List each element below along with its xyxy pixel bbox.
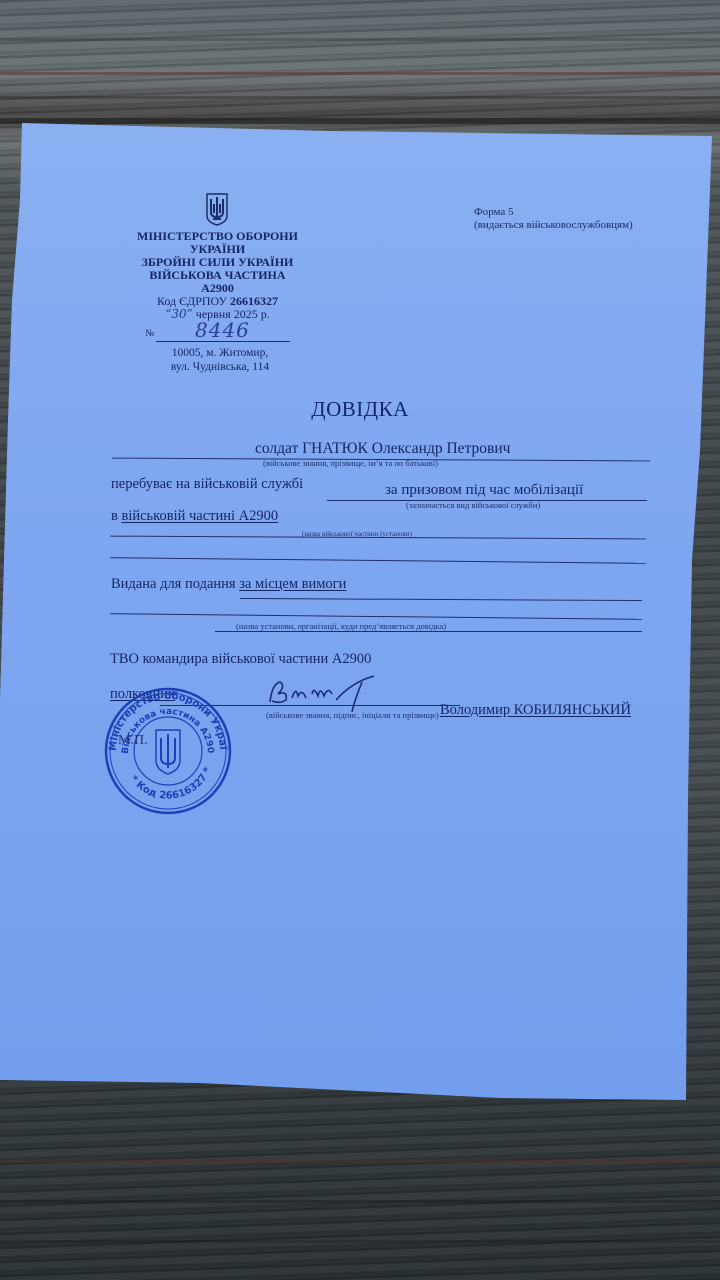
- unit-prefix: в: [111, 508, 118, 524]
- issued-underline: [240, 598, 642, 601]
- edrpou-value: 26616327: [230, 294, 278, 308]
- issued-value: за місцем вимоги: [239, 576, 346, 592]
- form-label: Форма 5: [474, 206, 633, 219]
- issuer-header: МІНІСТЕРСТВО ОБОРОНИ УКРАЇНИ ЗБРОЙНІ СИЛ…: [120, 230, 315, 321]
- issued-hint-line: [215, 631, 642, 632]
- issued-row: Видана для подання за місцем вимоги: [111, 576, 346, 593]
- document-title: ДОВІДКА: [0, 397, 720, 422]
- signatory-name: Володимир КОБИЛЯНСЬКИЙ: [440, 702, 631, 719]
- issued-label: Видана для подання: [111, 576, 236, 592]
- form-label-block: Форма 5 (видається військовослужбовцям): [474, 206, 633, 232]
- blank-line: [110, 613, 642, 620]
- person-hint: (військове звання, прізвище, ім’я та по …: [263, 458, 438, 468]
- address-line: вул. Чуднівська, 114: [140, 360, 300, 374]
- edrpou-label: Код ЄДРПОУ: [157, 294, 227, 308]
- person-value: солдат ГНАТЮК Олександр Петрович: [255, 440, 510, 458]
- tryzub-coat-of-arms-icon: [205, 192, 229, 226]
- document-number-row: № 8446: [140, 320, 290, 340]
- address-line: 10005, м. Житомир,: [140, 346, 300, 360]
- issued-hint: (назва установи, організації, куди пред’…: [236, 621, 446, 631]
- number-label: №: [145, 328, 155, 339]
- blank-line: [110, 557, 646, 564]
- seal-place-label: М.П.: [118, 733, 148, 749]
- handwritten-signature: [262, 672, 382, 712]
- number-underline: [156, 341, 290, 342]
- date-day-handwritten: “30”: [165, 307, 193, 321]
- unit-value: військовій частині А2900: [121, 508, 278, 524]
- signatory-position: ТВО командира військової частини А2900: [110, 651, 371, 668]
- service-label: перебуває на військовій службі: [111, 476, 303, 493]
- unit-row: в військовій частині А2900: [111, 508, 278, 525]
- number-value-handwritten: 8446: [195, 318, 250, 342]
- issuer-address: 10005, м. Житомир, вул. Чуднівська, 114: [140, 346, 300, 374]
- service-hint: (зазначається вид військової служби): [406, 500, 540, 510]
- unit-hint: (назва військової частини (установи): [302, 530, 412, 538]
- form-note: (видається військовослужбовцям): [474, 219, 633, 232]
- service-value: за призовом під час мобілізації: [385, 482, 583, 499]
- official-seal-stamp: Міністерство оборони України Військова ч…: [98, 686, 238, 816]
